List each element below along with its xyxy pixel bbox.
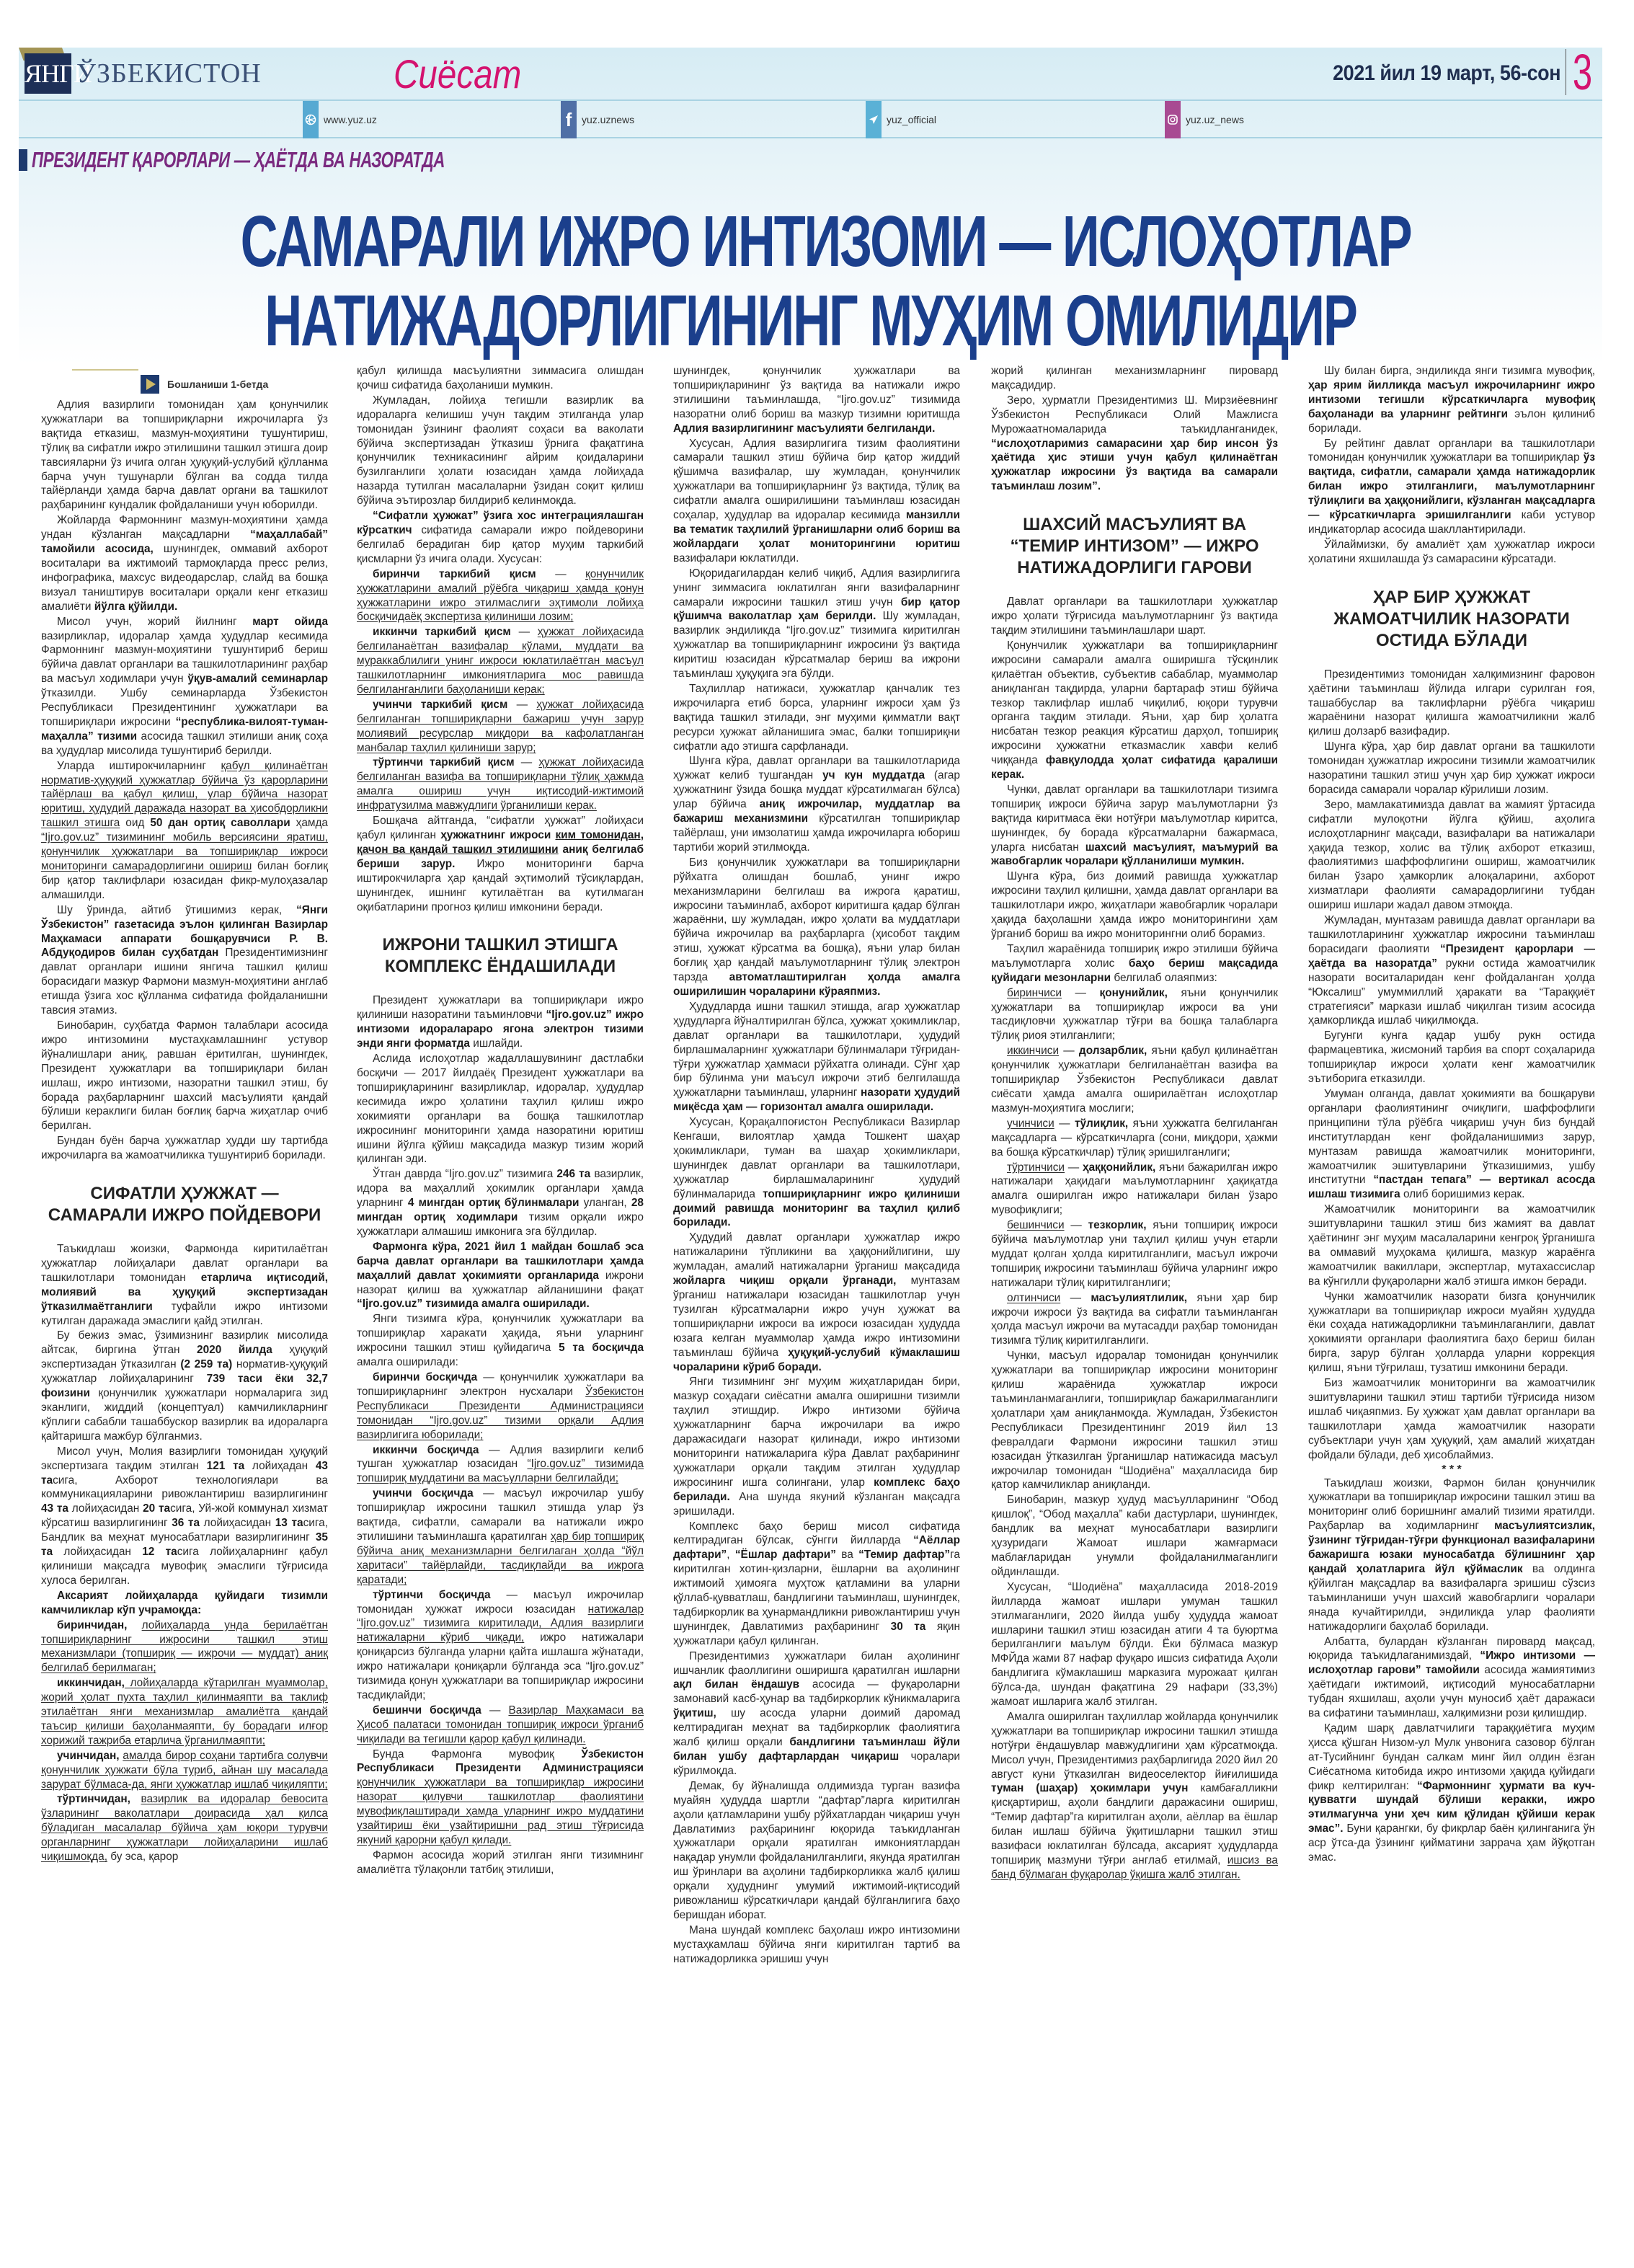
text-run: ҳамда (290, 817, 328, 829)
paragraph: Адлия вазирлиги томонидан ҳам қонунчилик… (41, 398, 328, 513)
continued-from-text: Бошланиши 1-бетда (167, 378, 268, 390)
text-run: Бинобарин, суҳбатда Фармон талаблари асо… (41, 1019, 328, 1132)
text-run: сига, Ахборот технологиялари ва коммуник… (41, 1474, 328, 1501)
bold-text: биринчи босқичда (373, 1371, 477, 1383)
text-run: Янги тизимнинг энг муҳим жиҳатларидан би… (673, 1376, 960, 1488)
text-run: Бугунги кунга қадар ушбу рукн остида фар… (1308, 1029, 1595, 1085)
bold-text: иккинчидан, (57, 1677, 125, 1689)
bold-text: “Ёшлар дафтари” (735, 1549, 836, 1561)
social-link-website[interactable]: www.yuz.uz (303, 101, 377, 138)
text-run: — (1059, 1045, 1079, 1057)
bold-text: ақл билан ёндашув (673, 1678, 799, 1691)
paragraph: Бу рейтинг давлат органлари ва ташкилотл… (1308, 437, 1595, 537)
bold-text: бешинчи босқичда (373, 1704, 481, 1716)
bold-text: Аксарият лойиҳаларда қуйидаги тизимли ка… (41, 1590, 328, 1616)
paragraph: Зеро, ҳурматли Президентимиз Ш. Мирзиёев… (991, 394, 1278, 494)
text-run: Шу ўринда, айтиб ўтишимиз керак, (57, 904, 296, 916)
bold-text: учинчи таркибий қисм (373, 699, 507, 711)
issue-date: 2021 йил 19 март, 56-сон (1333, 58, 1560, 89)
paragraph: Таҳлиллар натижаси, ҳужжатлар қанчалик т… (673, 682, 960, 754)
bold-text: 5 та босқичда (559, 1342, 644, 1354)
paragraph: биринчи босқичда — қонунчилик ҳужжатлари… (357, 1370, 644, 1443)
paragraph: Бошқача айтганда, “сифатли ҳужжат” лойиҳ… (357, 814, 644, 914)
text-run: Президентимиз томонидан халқимизнинг фар… (1308, 668, 1595, 738)
text-run: оид (120, 817, 150, 829)
paragraph: Бундан буён барча ҳужжатлар ҳудди шу тар… (41, 1134, 328, 1163)
text-run: Қонунчилик ҳужжатлари ва топшириқларнинг… (991, 639, 1278, 766)
text-run: шунингдек, қонунчилик ҳужжатлари ва топш… (673, 365, 960, 420)
paragraph: Юқоридагилардан келиб чиқиб, Адлия вазир… (673, 567, 960, 681)
paragraph: Президент ҳужжатлари ва топшириқлари ижр… (357, 993, 644, 1051)
rubric: ПРЕЗИДЕНТ ҚАРОРЛАРИ — ҲАЁТДА ВА НАЗОРАТД… (19, 149, 605, 172)
bold-text: “Темир дафтар” (858, 1549, 950, 1561)
text-run: Бунда Фармонга мувофиқ (373, 1748, 581, 1760)
text-run: Биз қонунчилик ҳужжатлари ва топшириқлар… (673, 856, 960, 983)
paragraph: Мана шундай комплекс баҳолаш ижро интизо… (673, 1923, 960, 1967)
text-run: — (1062, 987, 1100, 999)
section-subheading: СИФАТЛИ ҲУЖЖАТ — САМАРАЛИ ИЖРО ПОЙДЕВОРИ (41, 1183, 328, 1226)
paragraph: Ўтган даврда “Ijro.gov.uz” тизимига 246 … (357, 1167, 644, 1239)
text-run: Чунки жамоатчилик назорати бизга қонунчи… (1308, 1290, 1595, 1375)
telegram-icon (866, 101, 882, 138)
text-run: Биз жамоатчилик мониторинги ва жамоатчил… (1308, 1377, 1595, 1461)
paragraph: Хусусан, “Шодиёна” маҳалласида 2018-2019… (991, 1580, 1278, 1709)
paragraph: Хусусан, Қорақалпоғистон Республикаси Ва… (673, 1115, 960, 1230)
text-run: Жумладан, лойиҳа тегишли вазирлик ва идо… (357, 394, 644, 507)
paragraph: Амалга оширилган таҳлиллар жойларда қону… (991, 1710, 1278, 1882)
underlined-text: қонунчилик ҳужжатлари ва топшириқлар ижр… (357, 1776, 644, 1846)
text-run: Зеро, ҳурматли Президентимиз Ш. Мирзиёев… (991, 394, 1278, 435)
paragraph: Жамоатчилик мониторинги ва жамоатчилик э… (1308, 1202, 1595, 1288)
paragraph: учинчи таркибий қисм — ҳужжат лойиҳасида… (357, 698, 644, 756)
paragraph: тўртинчиси — ҳаққонийлик, яъни бажарилга… (991, 1161, 1278, 1218)
text-run: Ҳудудларда ишни ташкил этишда, агар ҳужж… (673, 1001, 960, 1099)
text-run: , (727, 1549, 735, 1561)
bold-text: масъулиятлилик, (1091, 1292, 1187, 1304)
text-run: уланган, (579, 1197, 631, 1209)
bold-text: 121 та (207, 1460, 245, 1472)
paragraph: қабул қилишда масъулиятни зиммасига олиш… (357, 364, 644, 393)
text-run: Ҳудудий давлат органлари ҳужжатлар ижро … (673, 1231, 960, 1272)
text-run: — (1054, 1117, 1075, 1130)
social-label: yuz.uz_news (1186, 114, 1244, 125)
paragraph: тўртинчи таркибий қисм — ҳужжат лойиҳаси… (357, 756, 644, 813)
paragraph: тўртинчи босқичда — масъул ижрочилар том… (357, 1588, 644, 1703)
paragraph: Қонунчилик ҳужжатлари ва топшириқларнинг… (991, 639, 1278, 782)
text-run: — (507, 699, 536, 711)
bold-text: 20 та (143, 1502, 170, 1515)
bold-text: 13 та (275, 1517, 303, 1529)
paragraph: иккинчи таркибий қисм — ҳужжат лойиҳасид… (357, 625, 644, 697)
paragraph: учинчидан, амалда бирор соҳани тартибга … (41, 1749, 328, 1792)
paragraph: Бунда Фармонга мувофиқ Ўзбекистон Респуб… (357, 1747, 644, 1848)
text-run: Уларда иштирокчиларнинг (57, 760, 221, 772)
section-subheading: ҲАР БИР ҲУЖЖАТ ЖАМОАТЧИЛИК НАЗОРАТИ ОСТИ… (1308, 587, 1595, 652)
page-number-divider (1566, 49, 1566, 95)
paragraph: бешинчи босқичда — Вазирлар Маҳкамаси ва… (357, 1704, 644, 1747)
paragraph: Чунки, масъул идоралар томонидан қонунчи… (991, 1349, 1278, 1492)
paragraph: шунингдек, қонунчилик ҳужжатлари ва топш… (673, 364, 960, 436)
paragraph: олтинчиси — масъулиятлилик, яъни ҳар бир… (991, 1291, 1278, 1349)
social-link-instagram[interactable]: yuz.uz_news (1165, 101, 1244, 138)
headline-line-1: САМАРАЛИ ИЖРО ИНТИЗОМИ — ИСЛОҲОТЛАР (241, 202, 1381, 281)
bold-text: 43 та (41, 1502, 68, 1515)
paragraph: “Сифатли ҳужжат” ўзига хос интеграциялаш… (357, 509, 644, 567)
bold-text: тўртинчи босқичда (373, 1589, 491, 1601)
bold-text: иккинчи таркибий қисм (373, 626, 511, 638)
text-run: — (1065, 1219, 1088, 1231)
paragraph: Янги тизимнинг энг муҳим жиҳатларидан би… (673, 1375, 960, 1518)
paragraph: Зеро, мамлакатимизда давлат ва жамият ўр… (1308, 798, 1595, 913)
paragraph: Шу ўринда, айтиб ўтишимиз керак, “Янги Ў… (41, 903, 328, 1018)
paragraph: Фармонга кўра, 2021 йил 1 майдан бошлаб … (357, 1240, 644, 1312)
bold-text: тўлиқлик, (1075, 1117, 1128, 1130)
text-run: Фармон асосида жорий этилган янги тизимн… (357, 1849, 644, 1876)
paragraph: иккинчи босқичда — Адлия вазирлиги келиб… (357, 1443, 644, 1487)
continued-from: Бошланиши 1-бетда (141, 375, 268, 394)
text-run: ва (836, 1549, 858, 1561)
bold-text: долзарблик, (1079, 1045, 1147, 1057)
social-label: www.yuz.uz (324, 114, 377, 125)
text-run: — (536, 568, 585, 580)
text-run: — (1065, 1161, 1083, 1174)
text-run: — (1060, 1292, 1091, 1304)
social-bar: www.yuz.uz f yuz.uznews yuz_official yuz… (19, 101, 1602, 138)
article-column-4: жорий қилинган механизмларнинг пировард … (991, 364, 1278, 1883)
text-run: Ўйлаймизки, бу амалиёт ҳам ҳужжатлар ижр… (1308, 539, 1595, 565)
underlined-text: биринчиси (1007, 987, 1062, 999)
bold-text: биринчи таркибий қисм (373, 568, 536, 580)
text-run: Бинобарин, мазкур ҳудуд масъулларининг “… (991, 1494, 1278, 1578)
text-run: лойиҳасидан (68, 1502, 143, 1515)
bold-text: ҳаққонийлик, (1083, 1161, 1155, 1174)
bold-text: ўқитиш, (673, 1707, 716, 1719)
text-run: лойиҳасидан (53, 1546, 142, 1558)
paragraph: Бинобарин, мазкур ҳудуд масъулларининг “… (991, 1493, 1278, 1579)
underlined-text: бешинчиси (1007, 1219, 1065, 1231)
bold-text: 36 та (172, 1517, 200, 1529)
article-column-3: шунингдек, қонунчилик ҳужжатлари ва топш… (673, 364, 960, 1967)
headline-line-2: НАТИЖАДОРЛИГИНИНГ МУҲИМ ОМИЛИДИР (241, 281, 1381, 360)
text-run: олиб боришимиз керак. (1400, 1188, 1525, 1200)
paragraph: Уларда иштирокчиларнинг қабул қилинаётга… (41, 759, 328, 903)
bold-text: қонунийлик, (1100, 987, 1168, 999)
social-label: yuz.uznews (582, 114, 634, 125)
rubric-text: ПРЕЗИДЕНТ ҚАРОРЛАРИ — ҲАЁТДА ВА НАЗОРАТД… (32, 147, 445, 173)
paragraph: Умуман олганда, давлат ҳокимияти ва бошқ… (1308, 1087, 1595, 1202)
text-run: Ўтган даврда “Ijro.gov.uz” тизимига (373, 1168, 556, 1180)
paragraph: Шунга кўра, ҳар бир давлат органи ва таш… (1308, 740, 1595, 797)
paragraph: бешинчиси — тезкорлик, яъни топшириқ ижр… (991, 1218, 1278, 1290)
bold-text: иккинчи босқичда (373, 1444, 479, 1456)
text-run: бу эса, қарор (107, 1851, 178, 1863)
bold-text: тўртинчи таркибий қисм (373, 756, 515, 768)
logo-box: ЯНГИ (25, 53, 71, 94)
bold-text: 50 дан ортиқ саволлари (150, 817, 290, 829)
bold-text: биринчидан, (57, 1619, 142, 1631)
text-run: қабул қилишда масъулиятни зиммасига олиш… (357, 365, 644, 391)
bold-text: учинчи босқичда (373, 1487, 474, 1500)
paragraph: Таъкидлаш жоизки, Фармонда киритилаётган… (41, 1242, 328, 1328)
bold-text: уч кун муддатда (822, 769, 925, 781)
paragraph: Ўйлаймизки, бу амалиёт ҳам ҳужжатлар ижр… (1308, 538, 1595, 567)
paragraph: Президентимиз томонидан халқимизнинг фар… (1308, 668, 1595, 740)
paragraph: Комплекс баҳо бериш мисол сифатида келти… (673, 1520, 960, 1649)
bold-text: туман (шаҳар) ҳокимлари учун (991, 1782, 1188, 1794)
logo-text: ЎЗБЕКИСТОН (76, 53, 262, 94)
bold-text: 246 та (556, 1168, 590, 1180)
bold-text: 12 та (142, 1546, 177, 1558)
paragraph: Бу бежиз эмас, ўзимизнинг вазирлик мисол… (41, 1329, 328, 1443)
paragraph: Шунга кўра, давлат органлари ва ташкилот… (673, 754, 960, 854)
text-run: Таҳлиллар натижаси, ҳужжатлар қанчалик т… (673, 683, 960, 753)
masthead-top-row: ЯНГИ ЎЗБЕКИСТОН Сиёсат 2021 йил 19 март,… (19, 48, 1602, 101)
text-run: амалга оширилади: (357, 1356, 458, 1368)
text-run: Демак, бу йўналишда олдимизда турган ваз… (673, 1780, 960, 1921)
section-name: Сиёсат (394, 50, 521, 98)
paragraph: биринчидан, лойиҳаларда унда берилаётган… (41, 1618, 328, 1676)
text-run: Давлат органлари ва ташкилотлари ҳужжатл… (991, 595, 1278, 637)
paragraph: Давлат органлари ва ташкилотлари ҳужжатл… (991, 595, 1278, 638)
text-run: — (515, 756, 539, 768)
paragraph: иккинчидан, лойиҳаларда кўтарилган муамм… (41, 1676, 328, 1748)
section-subheading: ИЖРОНИ ТАШКИЛ ЭТИШГА КОМПЛЕКС ЁНДАШИЛАДИ (357, 934, 644, 978)
facebook-icon: f (561, 101, 577, 138)
paragraph: Демак, бу йўналишда олдимизда турган ваз… (673, 1779, 960, 1923)
paragraph: Бугунги кунга қадар ушбу рукн остида фар… (1308, 1029, 1595, 1086)
instagram-icon (1165, 101, 1181, 138)
paragraph: Аслида ислоҳотлар жадаллашувининг дастла… (357, 1052, 644, 1166)
paragraph: Бинобарин, суҳбатда Фармон талаблари асо… (41, 1019, 328, 1133)
text-run: лойиҳадан (244, 1460, 316, 1472)
paragraph: иккинчиси — долзарблик, яъни қабул қилин… (991, 1044, 1278, 1116)
bold-text: йўлга қўйилди. (94, 601, 178, 613)
underlined-text: олтинчиси (1007, 1292, 1060, 1304)
masthead: ЯНГИ ЎЗБЕКИСТОН Сиёсат 2021 йил 19 март,… (19, 48, 1602, 365)
text-run: лойиҳасидан (200, 1517, 275, 1529)
rubric-marker (19, 149, 27, 171)
paragraph: Жумладан, мунтазам равишда давлат органл… (1308, 913, 1595, 1028)
bold-text: “ислоҳотларимиз самарасини ҳар бир инсон… (991, 438, 1278, 493)
article-column-1: Адлия вазирлиги томонидан ҳам қонунчилик… (41, 398, 328, 1865)
text-run: Чунки, масъул идоралар томонидан қонунчи… (991, 1350, 1278, 1491)
bold-text: 4 мингдан ортиқ бўлинмалари (408, 1197, 580, 1209)
text-run: — (481, 1704, 509, 1716)
paragraph: тўртинчидан, вазирлик ва идоралар бевоси… (41, 1792, 328, 1864)
text-run: Аслида ислоҳотлар жадаллашувининг дастла… (357, 1053, 644, 1165)
text-run: белгилаб олаяпмиз: (1111, 972, 1217, 984)
paragraph: Чунки, давлат органлари ва ташкилотлари … (991, 783, 1278, 869)
bold-text: “Ijro.gov.uz” тизимида амалга оширилади. (357, 1298, 590, 1310)
social-link-facebook[interactable]: f yuz.uznews (561, 101, 634, 138)
bold-text: тўртинчидан, (57, 1793, 141, 1805)
page-number: 3 (1573, 43, 1592, 101)
text-run: Бундан буён барча ҳужжатлар ҳудди шу тар… (41, 1135, 328, 1161)
paragraph: Ҳудудий давлат органлари ҳужжатлар ижро … (673, 1231, 960, 1374)
play-arrow-icon (141, 375, 159, 394)
text-run: Шунга кўра, биз доимий равишда ҳужжатлар… (991, 870, 1278, 940)
article-column-2: қабул қилишда масъулиятни зиммасига олиш… (357, 364, 644, 1878)
paragraph: Таҳлил жараёнида топшириқ ижро этилиши б… (991, 942, 1278, 985)
headline: САМАРАЛИ ИЖРО ИНТИЗОМИ — ИСЛОҲОТЛАР НАТИ… (19, 202, 1602, 360)
paragraph: Ҳудудларда ишни ташкил этишда, агар ҳужж… (673, 1000, 960, 1115)
paragraph: жорий қилинган механизмларнинг пировард … (991, 364, 1278, 393)
paragraph: Аксарият лойиҳаларда қуйидаги тизимли ка… (41, 1589, 328, 1618)
text-run: Адлия вазирлиги томонидан ҳам қонунчилик… (41, 399, 328, 511)
bold-text: ҳужжатнинг ижроси (440, 829, 555, 841)
paragraph: Биз қонунчилик ҳужжатлари ва топшириқлар… (673, 856, 960, 999)
paragraph: Шу билан бирга, эндиликда янги тизимга м… (1308, 364, 1595, 436)
paragraph: Таъкидлаш жоизки, Фармон билан қонунчили… (1308, 1476, 1595, 1634)
bold-text: учинчидан, (57, 1750, 123, 1762)
text-run: Президентимиз ҳужжатлари билан аҳолининг… (673, 1650, 960, 1677)
bold-text: 2020 йилда (197, 1344, 272, 1356)
bold-text: ўқув-амалий семинарлар (187, 673, 328, 685)
paragraph: Янги тизимга кўра, қонунчилик ҳужжатлари… (357, 1312, 644, 1370)
paragraph: Фармон асосида жорий этилган янги тизимн… (357, 1848, 644, 1877)
text-run: Умуман олганда, давлат ҳокимияти ва бошқ… (1308, 1088, 1595, 1186)
bold-text: (2 259 та) (180, 1358, 232, 1370)
text-run: Бу рейтинг давлат органлари ва ташкилотл… (1308, 438, 1595, 464)
bold-text: Адлия вазирлигининг масъулияти белгиланд… (673, 422, 935, 435)
text-run: вазифалари юклатилди. (673, 552, 799, 564)
text-run: жорий қилинган механизмларнинг пировард … (991, 365, 1278, 391)
text-run: Хусусан, “Шодиёна” маҳалласида 2018-2019… (991, 1581, 1278, 1708)
text-run: — (511, 626, 538, 638)
paragraph: Мисол учун, Молия вазирлиги томонидан ҳу… (41, 1445, 328, 1588)
text-run: Буни қарангки, бу фикрлар баён қилингани… (1308, 1822, 1595, 1864)
paragraph: Президентимиз ҳужжатлари билан аҳолининг… (673, 1649, 960, 1778)
paragraph: учинчиси — тўлиқлик, яъни ҳужжатга белги… (991, 1117, 1278, 1160)
text-run: Жамоатчилик мониторинги ва жамоатчилик э… (1308, 1203, 1595, 1288)
paragraph: Биз жамоатчилик мониторинги ва жамоатчил… (1308, 1376, 1595, 1462)
text-run: Шу билан бирга, эндиликда янги тизимга м… (1324, 365, 1595, 377)
paragraph: Жойларда Фармоннинг мазмун-моҳиятини ҳам… (41, 513, 328, 613)
paragraph: биринчиси — қонунийлик, яъни қонунчилик … (991, 986, 1278, 1044)
underlined-text: иккинчиси (1007, 1045, 1059, 1057)
section-subheading: ШАХСИЙ МАСЪУЛИЯТ ВА “ТЕМИР ИНТИЗОМ” — ИЖ… (991, 514, 1278, 579)
bold-text: 30 та (891, 1621, 926, 1633)
section-separator: * * * (1308, 1463, 1595, 1476)
article-column-5: Шу билан бирга, эндиликда янги тизимга м… (1308, 364, 1595, 1866)
underlined-text: тўртинчиси (1007, 1161, 1065, 1174)
paragraph: Жумладан, лойиҳа тегишли вазирлик ва идо… (357, 394, 644, 508)
text-run: Шунга кўра, ҳар бир давлат органи ва таш… (1308, 740, 1595, 796)
text-run: Мана шундай комплекс баҳолаш ижро интизо… (673, 1924, 960, 1965)
continued-divider (72, 369, 138, 371)
paragraph: Шунга кўра, биз доимий равишда ҳужжатлар… (991, 869, 1278, 942)
paragraph: биринчи таркибий қисм — қонунчилик ҳужжа… (357, 567, 644, 625)
paragraph: Қадим шарқ давлатчилиги тараққиётига муҳ… (1308, 1722, 1595, 1865)
text-run: ишлайди. (470, 1037, 523, 1050)
text-run: Мисол учун, жорий йилнинг (57, 616, 252, 628)
text-run: Амалга оширилган таҳлиллар жойларда қону… (991, 1711, 1278, 1781)
social-label: yuz_official (887, 114, 936, 125)
paragraph: учинчи босқичда — масъул ижрочилар ушбу … (357, 1487, 644, 1587)
bold-text: жойларга чиқиш орқали ўрганади, (673, 1275, 896, 1287)
social-link-telegram[interactable]: yuz_official (866, 101, 936, 138)
bold-text: март ойида (252, 616, 328, 628)
paragraph: Чунки жамоатчилик назорати бизга қонунчи… (1308, 1290, 1595, 1376)
paragraph: Албатта, булардан кўзланган пировард мақ… (1308, 1635, 1595, 1721)
paragraph: Хусусан, Адлия вазирлигига тизим фаолият… (673, 437, 960, 566)
underlined-text: учинчиси (1007, 1117, 1054, 1130)
globe-icon (303, 101, 319, 138)
paragraph: Мисол учун, жорий йилнинг март ойида ваз… (41, 615, 328, 758)
bold-text: тезкорлик, (1088, 1219, 1147, 1231)
text-run: Зеро, мамлакатимизда давлат ва жамият ўр… (1308, 799, 1595, 911)
